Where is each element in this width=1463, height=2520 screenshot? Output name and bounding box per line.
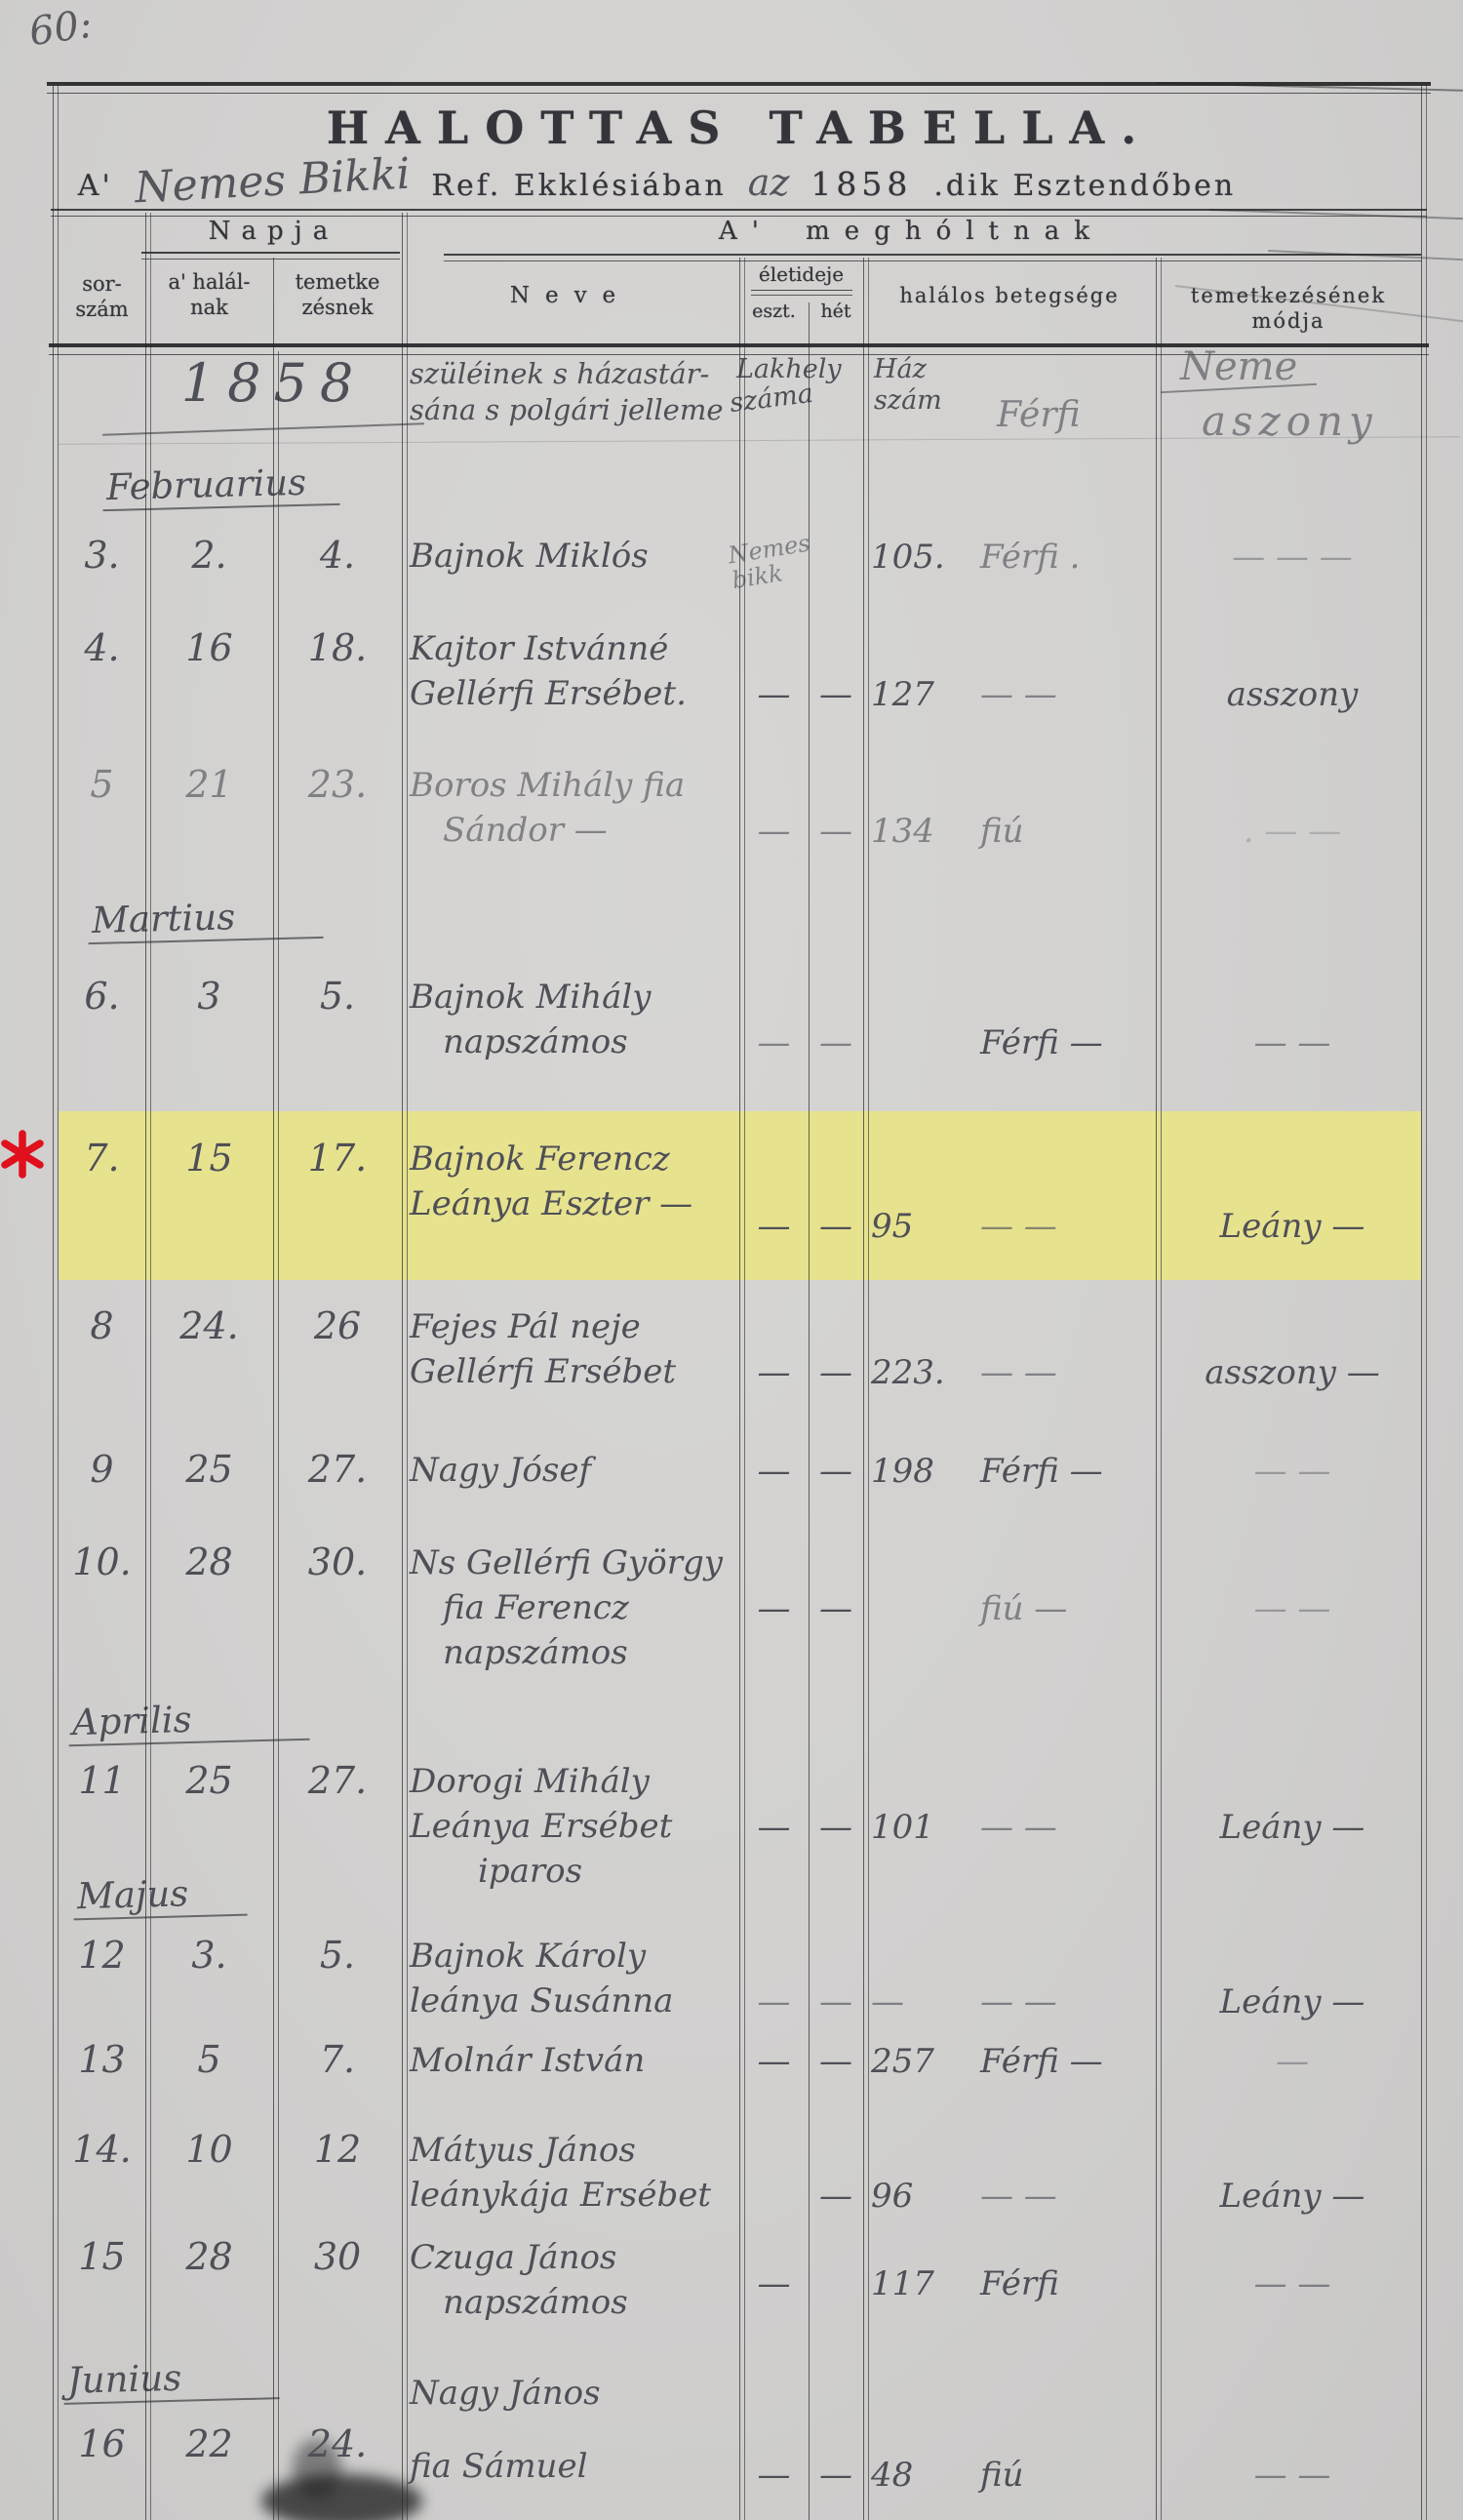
house-number-cell: 127 — [871, 675, 978, 714]
name-line: Bajnok Károly — [410, 1934, 741, 1979]
burial-day-cell: 27. — [273, 1759, 402, 1802]
note-line: sána s polgári jelleme — [410, 392, 724, 428]
name-line: Sándor — — [410, 808, 741, 853]
header-line: nak — [145, 295, 273, 320]
row-number-cell: 8 — [59, 1304, 145, 1347]
age-weeks-cell: — — [809, 1589, 863, 1628]
gender-male-cell: — — — [980, 1207, 1161, 1246]
name-line: Molnár István — [410, 2038, 741, 2083]
burial-day-cell: 5. — [273, 1934, 402, 1977]
gender-male-cell: Férfi . — [980, 538, 1161, 577]
name-cell: Bajnok Mihály napszámos — [410, 975, 741, 1064]
name-line: Fejes Pál neje — [410, 1304, 741, 1349]
name-line: fia Sámuel — [410, 2444, 741, 2489]
name-line: Bajnok Miklós — [410, 534, 741, 579]
name-line: Nagy János — [410, 2371, 741, 2416]
house-number-cell: 105. — [871, 538, 978, 577]
name-line: Bajnok Mihály — [410, 975, 741, 1020]
column-divider-line — [273, 258, 274, 351]
column-header-eletideje: életideje eszt. hét — [739, 261, 863, 324]
row-number-cell: 16 — [59, 2422, 145, 2465]
name-line: fia Ferencz — [410, 1585, 741, 1630]
column-header-betegsege: halálos betegsége — [863, 283, 1156, 308]
gender-male-cell: — — — [980, 1982, 1161, 2021]
death-day-cell: 25 — [145, 1759, 273, 1802]
column-divider-line — [145, 213, 151, 351]
gender-female-cell: Leány — — [1164, 2177, 1421, 2216]
gender-female-cell: . — — — [1164, 812, 1421, 851]
gender-female-cell: — — — [1164, 1023, 1421, 1062]
age-weeks-cell: — — [809, 2042, 863, 2081]
age-years-cell: — — [739, 1808, 809, 1847]
age-weeks-cell: — — [809, 1808, 863, 1847]
burial-day-cell: 12 — [273, 2128, 402, 2171]
gender-male-cell: — — — [980, 1353, 1161, 1392]
table-row: 13 5 7. Molnár István — — 257 Férfi — — — [59, 2038, 1421, 2108]
table-right-border — [1421, 86, 1427, 2520]
row-number-cell: 12 — [59, 1934, 145, 1977]
column-divider-line — [402, 213, 408, 351]
gender-male-cell: Férfi — [980, 2264, 1161, 2303]
name-line: Gellérfi Ersébet. — [410, 671, 741, 716]
red-asterisk-icon — [0, 1130, 45, 1179]
death-day-cell: 15 — [145, 1137, 273, 1180]
column-group-meghholtnak: A' meghóltnak — [402, 217, 1421, 246]
age-years-cell: — — [739, 812, 809, 851]
lakhely-cell: Nemes bikk — [727, 525, 850, 593]
house-number-cell: 96 — [871, 2177, 978, 2216]
name-line: Nagy Jósef — [410, 1448, 741, 1493]
column-header-temetkezes: temetke zésnek — [273, 269, 402, 320]
name-cell: Bajnok Károly leánya Susánna — [410, 1934, 741, 2023]
age-years-cell: — — [739, 1982, 809, 2021]
note-line: szám — [874, 385, 942, 417]
name-cell: Ns Gellérfi György fia Ferencz napszámos — [410, 1540, 741, 1675]
month-section: Aprilis — [59, 1699, 1421, 1744]
header-line: életideje — [739, 261, 863, 287]
name-line: Boros Mihály fia — [410, 763, 741, 808]
row-number-cell: 3. — [59, 534, 145, 577]
column-divider-line — [739, 258, 745, 351]
name-line: Leánya Ersébet — [410, 1804, 741, 1849]
burial-day-cell: 4. — [273, 534, 402, 577]
row-number-cell: 9 — [59, 1448, 145, 1491]
month-section: Martius — [59, 897, 1421, 942]
table-body: 1858 szüléinek s házastár- sána s polgár… — [59, 351, 1421, 2520]
column-group-napja: Napja — [145, 217, 402, 246]
section-label-februarius: Februarius — [101, 460, 339, 511]
row-number-cell: 7. — [59, 1137, 145, 1180]
age-years-cell: — — [739, 1207, 809, 1246]
house-number-cell: 101 — [871, 1808, 978, 1847]
subheader-row: 1858 szüléinek s házastár- sána s polgár… — [59, 356, 1421, 463]
death-day-cell: 2. — [145, 534, 273, 577]
row-number-cell: 10. — [59, 1540, 145, 1583]
row-number-cell: 6. — [59, 975, 145, 1018]
header-line: zésnek — [273, 295, 402, 320]
page-number: 60: — [26, 2, 95, 56]
house-number-cell: 95 — [871, 1207, 978, 1246]
name-cell: Boros Mihály fia Sándor — — [410, 763, 741, 853]
age-years-cell: — — [739, 1452, 809, 1491]
burial-day-cell: 17. — [273, 1137, 402, 1180]
age-years-cell: — — [739, 2264, 809, 2303]
meghholtnak-underline — [444, 254, 1421, 261]
header-line: temetke — [273, 269, 402, 295]
death-day-cell: 5 — [145, 2038, 273, 2081]
document-title: HALOTTAS TABELLA. — [59, 101, 1421, 154]
gender-male-cell: — — — [980, 675, 1161, 714]
name-line: Mátyus János — [410, 2128, 741, 2173]
month-section: Februarius — [59, 463, 1421, 509]
gender-female-cell: — — — [1164, 2264, 1421, 2303]
gender-female-cell: — — [1164, 2042, 1421, 2081]
table-row: 15 28 30 Czuga János napszámos — 117 Fér… — [59, 2235, 1421, 2331]
subtitle-az-handwritten: az — [748, 161, 790, 204]
gender-female-cell: — — — — [1164, 538, 1421, 577]
name-line: napszámos — [410, 1630, 741, 1675]
burial-day-cell: 7. — [273, 2038, 402, 2081]
age-weeks-cell: — — [809, 1207, 863, 1246]
house-number-cell: 117 — [871, 2264, 978, 2303]
name-line: Ns Gellérfi György — [410, 1540, 741, 1585]
name-cell: Bajnok Ferencz Leánya Eszter — — [410, 1137, 741, 1226]
burial-day-cell: 23. — [273, 763, 402, 806]
name-cell: Czuga János napszámos — [410, 2235, 741, 2325]
table-row: 11 25 27. Dorogi Mihály Leánya Ersébet i… — [59, 1759, 1421, 1868]
table-row: 12 3. 5. Bajnok Károly leánya Susánna — … — [59, 1934, 1421, 2023]
column-header-sorszam: sor- szám — [59, 271, 145, 322]
name-cell: Nagy Jósef — [410, 1448, 741, 1493]
header-line: sor- — [59, 271, 145, 297]
row-number-cell: 4. — [59, 626, 145, 669]
subtitle-year: 1858 — [811, 165, 912, 203]
header-divider — [51, 209, 1427, 217]
column-header-eszt: eszt. — [739, 299, 809, 324]
subtitle-prefix: A' — [78, 169, 113, 203]
section-label-majus: Majus — [72, 1871, 247, 1921]
highlighted-table-row: 7. 15 17. Bajnok Ferencz Leánya Eszter —… — [59, 1111, 1421, 1280]
age-years-cell: — — [739, 675, 809, 714]
header-line: a' halál- — [145, 269, 273, 295]
age-years-cell: — — [739, 1353, 809, 1392]
year-cell: 1858 — [145, 352, 402, 414]
year-underline — [102, 422, 424, 436]
napja-underline — [141, 252, 400, 260]
death-day-cell: 24. — [145, 1304, 273, 1347]
name-line: Bajnok Ferencz — [410, 1137, 741, 1181]
name-line: leánykája Ersébet — [410, 2173, 741, 2218]
death-day-cell: 10 — [145, 2128, 273, 2171]
subheader-neve-note: szüléinek s házastár- sána s polgári jel… — [410, 356, 724, 428]
name-line: Leánya Eszter — — [410, 1181, 741, 1226]
death-day-cell: 16 — [145, 626, 273, 669]
row-number-cell: 15 — [59, 2235, 145, 2278]
age-years-cell: — — [739, 2042, 809, 2081]
table-row: 4. 16 18. Kajtor Istvánné Gellérfi Erséb… — [59, 626, 1421, 724]
eletideje-underline — [751, 290, 852, 296]
gender-male-label: Férfi — [997, 395, 1081, 435]
gender-female-cell: Leány — — [1164, 1207, 1421, 1246]
subtitle-place-handwritten: Nemes Bikki — [134, 149, 412, 214]
name-line: leánya Susánna — [410, 1979, 741, 2023]
column-header-modja: temetkezésének módja — [1156, 283, 1421, 334]
header-line: szám — [59, 297, 145, 322]
hazszam-label: Ház szám — [874, 354, 942, 417]
table-row: 3. 2. 4. Bajnok Miklós Nemes bikk 105. F… — [59, 534, 1421, 623]
gender-male-cell: fiú — [980, 812, 1161, 851]
name-line: napszámos — [410, 1020, 741, 1064]
table-row: 5 21 23. Boros Mihály fia Sándor — — — 1… — [59, 763, 1421, 853]
name-cell: Kajtor Istvánné Gellérfi Ersébet. — [410, 626, 741, 716]
lakhely-label: száma — [728, 379, 814, 419]
age-weeks-cell: — — [809, 675, 863, 714]
gender-female-cell: asszony — [1164, 675, 1421, 714]
death-day-cell: 28 — [145, 1540, 273, 1583]
burial-day-cell: 30 — [273, 2235, 402, 2278]
name-cell: Molnár István — [410, 2038, 741, 2083]
note-line: szüléinek s házastár- — [410, 356, 724, 392]
note-line: Ház — [874, 354, 942, 385]
age-weeks-cell: — — [809, 1353, 863, 1392]
name-cell: Fejes Pál neje Gellérfi Ersébet — [410, 1304, 741, 1394]
name-cell: Mátyus János leánykája Ersébet — [410, 2128, 741, 2218]
gender-neme-label: Neme — [1180, 344, 1297, 389]
section-label-junius: Junius — [62, 2354, 279, 2405]
document-subtitle: A' Nemes Bikki Ref. Ekklésiában az 1858 … — [98, 156, 1216, 206]
gender-female-cell: Leány — — [1164, 1982, 1421, 2021]
table-row: 16 22 24. fia Sámuel — — 48 fiú — — — [59, 2422, 1421, 2512]
gender-female-cell: — — — [1164, 1452, 1421, 1491]
age-weeks-cell: — — [809, 1982, 863, 2021]
age-weeks-cell: — — [809, 2456, 863, 2495]
gender-female-cell: Leány — — [1164, 1808, 1421, 1847]
month-section: Junius Nagy János — [59, 2357, 1421, 2418]
table-row: 10. 28 30. Ns Gellérfi György fia Ferenc… — [59, 1540, 1421, 1687]
subtitle-church: Ref. Ekklésiában — [431, 169, 726, 203]
death-day-cell: 25 — [145, 1448, 273, 1491]
death-day-cell: 3 — [145, 975, 273, 1018]
burial-day-cell: 5. — [273, 975, 402, 1018]
burial-day-cell: 27. — [273, 1448, 402, 1491]
column-divider-line — [863, 258, 869, 351]
section-label-martius: Martius — [87, 894, 323, 944]
table-row: 6. 3 5. Bajnok Mihály napszámos — — Férf… — [59, 975, 1421, 1092]
death-day-cell: 21 — [145, 763, 273, 806]
age-weeks-cell: — — [809, 2177, 863, 2216]
column-header-het: hét — [809, 299, 863, 324]
gender-male-cell: fiú — — [980, 1589, 1161, 1628]
gender-male-cell: Férfi — — [980, 1023, 1161, 1062]
house-number-cell: 48 — [871, 2456, 978, 2495]
lakhely-label: Lakhely — [736, 354, 842, 384]
house-number-cell: — — [871, 1982, 978, 2021]
age-weeks-cell: — — [809, 812, 863, 851]
house-number-cell: 198 — [871, 1452, 978, 1491]
house-number-cell: 223. — [871, 1353, 978, 1392]
row-number-cell: 5 — [59, 763, 145, 806]
name-cell: Nagy János — [410, 2371, 741, 2416]
name-cell: fia Sámuel — [410, 2444, 741, 2489]
column-divider-line — [1156, 258, 1162, 351]
table-row: 8 24. 26 Fejes Pál neje Gellérfi Ersébet… — [59, 1304, 1421, 1421]
gender-female-cell: — — — [1164, 1589, 1421, 1628]
burial-day-cell: 26 — [273, 1304, 402, 1347]
burial-day-cell: 24. — [273, 2422, 402, 2465]
section-label-aprilis: Aprilis — [67, 1696, 309, 1746]
table-rows: 1858 szüléinek s házastár- sána s polgár… — [59, 356, 1421, 2512]
house-number-cell: 257 — [871, 2042, 978, 2081]
name-line: Kajtor Istvánné — [410, 626, 741, 671]
age-years-cell: — — [739, 1023, 809, 1062]
name-line: napszámos — [410, 2280, 741, 2325]
gender-male-cell: Férfi — — [980, 2042, 1161, 2081]
death-day-cell: 28 — [145, 2235, 273, 2278]
age-weeks-cell: — — [809, 1452, 863, 1491]
name-cell: Bajnok Miklós — [410, 534, 741, 579]
name-line: Dorogi Mihály — [410, 1759, 741, 1804]
month-section: Majus — [59, 1873, 1421, 1919]
gender-male-cell: fiú — [980, 2456, 1161, 2495]
death-day-cell: 3. — [145, 1934, 273, 1977]
table-top-border — [47, 82, 1431, 94]
gender-female-cell: — — — [1164, 2456, 1421, 2495]
death-day-cell: 22 — [145, 2422, 273, 2465]
gender-female-cell: asszony — — [1164, 1353, 1421, 1392]
gender-male-cell: — — — [980, 2177, 1161, 2216]
row-number-cell: 14. — [59, 2128, 145, 2171]
table-row: 9 25 27. Nagy Jósef — — 198 Férfi — — — — [59, 1448, 1421, 1519]
burial-day-cell: 18. — [273, 626, 402, 669]
house-number-cell: 134 — [871, 812, 978, 851]
name-line: Czuga János — [410, 2235, 741, 2280]
row-number-cell: 11 — [59, 1759, 145, 1802]
table-frame: HALOTTAS TABELLA. A' Nemes Bikki Ref. Ek… — [59, 86, 1421, 2520]
column-header-neve: Neve — [402, 283, 739, 308]
burial-day-cell: 30. — [273, 1540, 402, 1583]
age-weeks-cell: — — [809, 1023, 863, 1062]
gender-male-cell: Férfi — — [980, 1452, 1161, 1491]
gender-male-cell: — — — [980, 1808, 1161, 1847]
document-page: { "page": { "page_number": "60:" }, "hea… — [0, 0, 1463, 2520]
table-row: 14. 10 12 Mátyus János leánykája Ersébet… — [59, 2128, 1421, 2218]
row-number-cell: 13 — [59, 2038, 145, 2081]
age-years-cell: — — [739, 2456, 809, 2495]
subtitle-suffix: .dik Esztendőben — [933, 169, 1236, 203]
column-header-halalnak: a' halál- nak — [145, 269, 273, 320]
age-years-cell: — — [739, 1589, 809, 1628]
name-line: Gellérfi Ersébet — [410, 1349, 741, 1394]
